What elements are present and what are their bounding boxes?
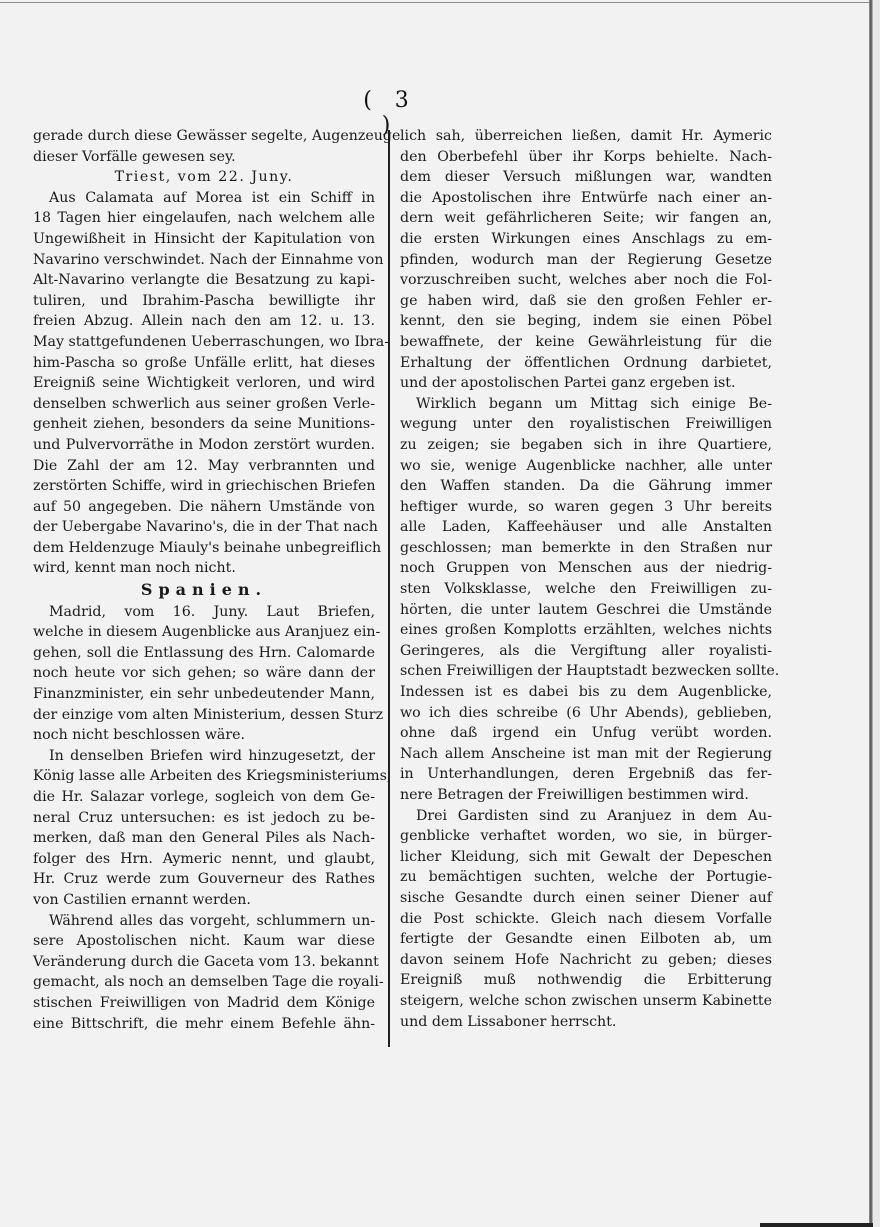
text-line: nere Betragen der Freiwilligen bestimmen… [400, 785, 772, 806]
text-line: ge haben wird, daß sie den großen Fehler… [400, 291, 772, 312]
text-line: sere Apostolischen nicht. Kaum war diese [33, 931, 375, 952]
text-line: eine Bittschrift, die mehr einem Befehle… [33, 1014, 375, 1035]
text-line: zu bemächtigen suchten, welche der Portu… [400, 867, 772, 888]
text-line: der einzige vom alten Ministerium, desse… [33, 705, 375, 726]
text-line: Alt-Navarino verlangte die Besatzung zu … [33, 270, 375, 291]
text-line: Madrid, vom 16. Juny. Laut Briefen, [33, 602, 375, 623]
text-line: heftiger wurde, so waren gegen 3 Uhr ber… [400, 497, 772, 518]
section-heading: Spanien. [33, 580, 375, 601]
text-line: May stattgefundenen Ueberraschungen, wo … [33, 332, 375, 353]
text-line: Ereigniß seine Wichtigkeit verloren, und… [33, 373, 375, 394]
dateline: Triest, vom 22. Juny. [33, 167, 375, 188]
text-line: Ereigniß muß nothwendig die Erbitterung [400, 970, 772, 991]
paragraph: gerade durch diese Gewässer segelte, Aug… [33, 126, 375, 167]
text-line: und der apostolischen Partei ganz ergebe… [400, 373, 772, 394]
text-line: noch heute vor sich gehen; so wäre dann … [33, 663, 375, 684]
text-line: Finanzminister, ein sehr unbedeutender M… [33, 684, 375, 705]
text-line: in Unterhandlungen, deren Ergebniß das f… [400, 764, 772, 785]
text-line: steigern, welche schon zwischen unserm K… [400, 991, 772, 1012]
paragraph: Während alles das vorgeht, schlummern un… [33, 911, 375, 1035]
text-line: folger des Hrn. Aymeric nennt, und glaub… [33, 849, 375, 870]
text-line: welche in diesem Augenblicke aus Aranjue… [33, 622, 375, 643]
text-line: die ersten Wirkungen eines Anschlags zu … [400, 229, 772, 250]
text-line: zerstörten Schiffe, wird in griechischen… [33, 476, 375, 497]
text-line: sten Volksklasse, welche den Freiwillige… [400, 579, 772, 600]
paragraph: Wirklich begann um Mittag sich einige Be… [400, 394, 772, 806]
text-line: König lasse alle Arbeiten des Kriegsmini… [33, 766, 375, 787]
text-line: den Waffen standen. Da die Gährung immer [400, 476, 772, 497]
text-line: denselben schwerlich aus seiner großen V… [33, 394, 375, 415]
text-line: von Castilien ernannt werden. [33, 890, 375, 911]
text-line: bewaffnete, der keine Gewährleistung für… [400, 332, 772, 353]
text-line: genheit ziehen, besonders da seine Munit… [33, 414, 375, 435]
text-line: licher Kleidung, sich mit Gewalt der Dep… [400, 847, 772, 868]
text-line: merken, daß man den General Piles als Na… [33, 828, 375, 849]
text-line: Veränderung durch die Gaceta vom 13. bek… [33, 952, 375, 973]
page-right-shadow [873, 0, 880, 1227]
text-line: eines großen Komplotts erzählten, welche… [400, 620, 772, 641]
left-column: gerade durch diese Gewässer segelte, Aug… [33, 126, 375, 1034]
text-line: wird, kennt man noch nicht. [33, 558, 375, 579]
text-line: davon seinem Hofe Nachricht zu geben; di… [400, 950, 772, 971]
text-line: gemacht, als noch an demselben Tage die … [33, 972, 375, 993]
text-line: stischen Freiwilligen von Madrid dem Kön… [33, 993, 375, 1014]
text-line: neral Cruz untersuchen: es ist jedoch zu… [33, 808, 375, 829]
text-line: alle Laden, Kaffeehäuser und alle Anstal… [400, 517, 772, 538]
text-line: der Uebergabe Navarino's, die in der Tha… [33, 517, 375, 538]
text-line: die Hr. Salazar vorlege, sogleich von de… [33, 787, 375, 808]
text-line: auf 50 angegeben. Die nähern Umstände vo… [33, 497, 375, 518]
text-line: dem dieser Versuch mißlungen war, wandte… [400, 167, 772, 188]
text-line: lich sah, überreichen ließen, damit Hr. … [400, 126, 772, 147]
right-column: lich sah, überreichen ließen, damit Hr. … [400, 126, 772, 1032]
paragraph: Aus Calamata auf Morea ist ein Schiff in… [33, 188, 375, 579]
text-line: Geringeres, als die Vergiftung aller roy… [400, 641, 772, 662]
text-line: noch Gruppen von Menschen aus der niedri… [400, 558, 772, 579]
text-line: schen Freiwilligen der Hauptstadt bezwec… [400, 661, 772, 682]
text-line: Hr. Cruz werde zum Gouverneur des Rathes [33, 869, 375, 890]
text-line: wo ich dies schreibe (6 Uhr Abends), geb… [400, 703, 772, 724]
text-line: Während alles das vorgeht, schlummern un… [33, 911, 375, 932]
text-line: Ungewißheit in Hinsicht der Kapitulation… [33, 229, 375, 250]
text-line: tuliren, und Ibrahim-Pascha bewilligte i… [33, 291, 375, 312]
text-line: dem Heldenzuge Miauly's beinahe unbegrei… [33, 538, 375, 559]
text-line: Erhaltung der öffentlichen Ordnung darbi… [400, 353, 772, 374]
text-line: noch nicht beschlossen wäre. [33, 725, 375, 746]
text-line: genblicke verhaftet worden, wo sie, in b… [400, 826, 772, 847]
paragraph: In denselben Briefen wird hinzugesetzt, … [33, 746, 375, 911]
page-bottom-edge [760, 1223, 873, 1227]
text-line: die Post schickte. Gleich nach diesem Vo… [400, 909, 772, 930]
text-line: Wirklich begann um Mittag sich einige Be… [400, 394, 772, 415]
text-line: him-Pascha so große Unfälle erlitt, hat … [33, 353, 375, 374]
text-line: vorzuschreiben sucht, welches aber noch … [400, 270, 772, 291]
text-line: wegung unter den royalistischen Freiwill… [400, 414, 772, 435]
text-line: Drei Gardisten sind zu Aranjuez in dem A… [400, 806, 772, 827]
text-line: Die Zahl der am 12. May verbrannten und [33, 456, 375, 477]
text-line: In denselben Briefen wird hinzugesetzt, … [33, 746, 375, 767]
text-line: Indessen ist es dabei bis zu dem Augenbl… [400, 682, 772, 703]
paragraph: lich sah, überreichen ließen, damit Hr. … [400, 126, 772, 394]
text-line: Nach allem Anscheine ist man mit der Reg… [400, 744, 772, 765]
text-line: 18 Tagen hier eingelaufen, nach welchem … [33, 208, 375, 229]
text-line: und dem Lissaboner herrscht. [400, 1012, 772, 1033]
text-line: wo sie, wenige Augenblicke nachher, alle… [400, 456, 772, 477]
column-divider [388, 130, 390, 1047]
text-line: zu zeigen; sie begaben sich in ihre Quar… [400, 435, 772, 456]
text-line: dern weit gefährlicheren Seite; wir fang… [400, 208, 772, 229]
page-top-edge [0, 2, 870, 3]
text-line: gerade durch diese Gewässer segelte, Aug… [33, 126, 375, 147]
text-line: geschlossen; man bemerkte in den Straßen… [400, 538, 772, 559]
text-line: hörten, die unter lautem Geschrei die Um… [400, 600, 772, 621]
text-line: kennt, den sie beging, indem sie einen P… [400, 311, 772, 332]
text-line: gehen, soll die Entlassung des Hrn. Calo… [33, 643, 375, 664]
text-line: sische Gesandte durch einen seiner Diene… [400, 888, 772, 909]
text-line: freien Abzug. Allein nach den am 12. u. … [33, 311, 375, 332]
text-line: dieser Vorfälle gewesen sey. [33, 147, 375, 168]
text-line: fertigte der Gesandte einen Eilboten ab,… [400, 929, 772, 950]
text-line: und Pulvervorräthe in Modon zerstört wur… [33, 435, 375, 456]
text-line: ohne daß irgend ein Unfug verübt worden. [400, 723, 772, 744]
text-line: die Apostolischen ihre Entwürfe nach ein… [400, 188, 772, 209]
text-line: Aus Calamata auf Morea ist ein Schiff in [33, 188, 375, 209]
paragraph: Drei Gardisten sind zu Aranjuez in dem A… [400, 806, 772, 1033]
paragraph: Madrid, vom 16. Juny. Laut Briefen,welch… [33, 602, 375, 746]
text-line: pfinden, wodurch man der Regierung Geset… [400, 250, 772, 271]
text-line: den Oberbefehl über ihr Korps behielte. … [400, 147, 772, 168]
text-line: Navarino verschwindet. Nach der Einnahme… [33, 250, 375, 271]
